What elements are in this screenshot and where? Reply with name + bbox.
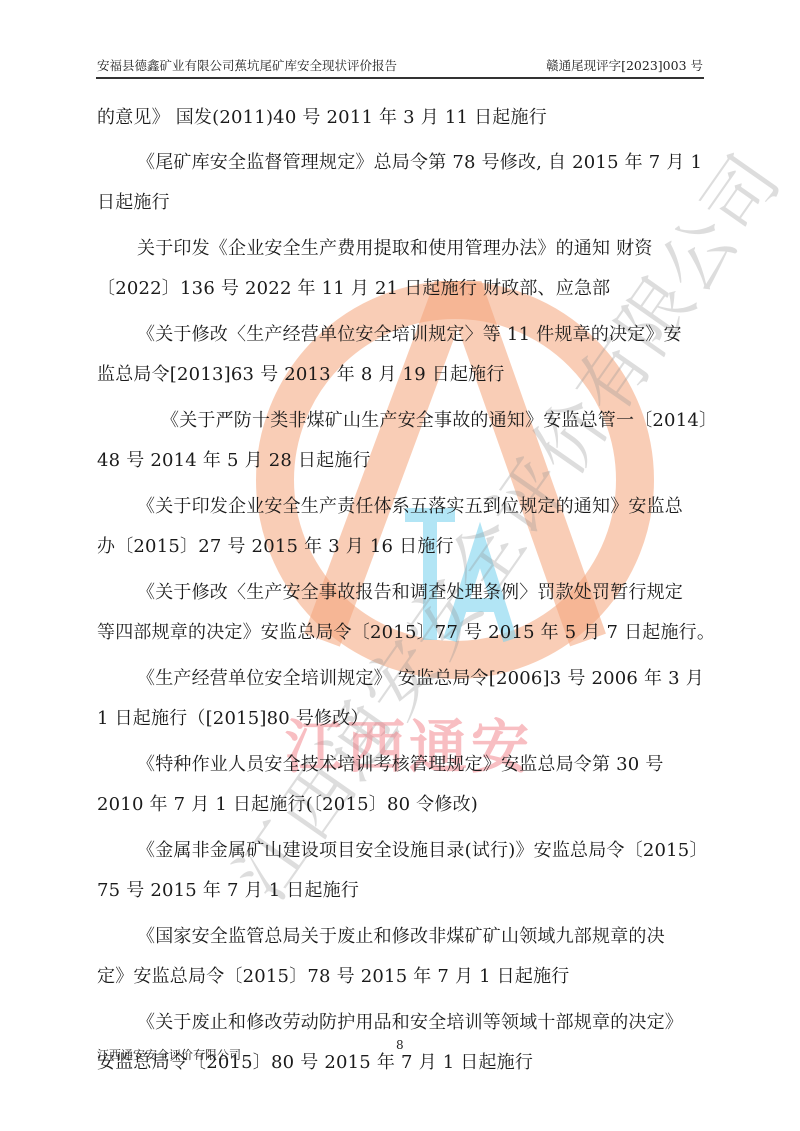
body-line: 监总局令[2013]63 号 2013 年 8 月 19 日起施行 bbox=[97, 363, 505, 387]
body-line: 〔2022〕136 号 2022 年 11 月 21 日起施行 财政部、应急部 bbox=[97, 277, 610, 301]
body-line: 《金属非金属矿山建设项目安全设施目录(试行)》安监总局令〔2015〕 bbox=[137, 839, 708, 863]
body-line: 75 号 2015 年 7 月 1 日起施行 bbox=[97, 879, 359, 903]
body-line: 《关于废止和修改劳动防护用品和安全培训等领域十部规章的决定》 bbox=[137, 1011, 683, 1035]
body-line: 《关于修改〈生产经营单位安全培训规定〉等 11 件规章的决定》安 bbox=[137, 323, 682, 347]
footer-company-name: 江西通安安全评价有限公司 bbox=[97, 1046, 241, 1063]
body-line: 关于印发《企业安全生产费用提取和使用管理办法》的通知 财资 bbox=[137, 237, 653, 261]
body-line: 《生产经营单位安全培训规定》 安监总局令[2006]3 号 2006 年 3 月 bbox=[137, 667, 704, 691]
body-line: 《国家安全监管总局关于废止和修改非煤矿矿山领域九部规章的决 bbox=[137, 925, 665, 949]
document-page: 江西通安安全评价有限公司 江西通安 安福县德鑫矿业有限公司蕉坑尾矿库安全现状评价… bbox=[0, 0, 800, 1131]
body-line: 定》安监总局令〔2015〕78 号 2015 年 7 月 1 日起施行 bbox=[97, 965, 569, 989]
body-line: 等四部规章的决定》安监总局令〔2015〕77 号 2015 年 5 月 7 日起… bbox=[97, 621, 715, 645]
body-line: 办〔2015〕27 号 2015 年 3 月 16 日施行 bbox=[97, 535, 454, 559]
body-line: 2010 年 7 月 1 日起施行(〔2015〕80 令修改) bbox=[97, 793, 478, 817]
body-line: 48 号 2014 年 5 月 28 日起施行 bbox=[97, 449, 371, 473]
body-line: 《关于严防十类非煤矿山生产安全事故的通知》安监总管一〔2014〕 bbox=[161, 409, 717, 433]
body-line: 日起施行 bbox=[97, 191, 170, 215]
body-line: 《特种作业人员安全技术培训考核管理规定》安监总局令第 30 号 bbox=[137, 753, 664, 777]
body-line: 《关于印发企业安全生产责任体系五落实五到位规定的通知》安监总 bbox=[137, 495, 683, 519]
document-number: 赣通尾现评字[2023]003 号 bbox=[546, 56, 703, 74]
page-number: 8 bbox=[396, 1038, 404, 1052]
page-header: 安福县德鑫矿业有限公司蕉坑尾矿库安全现状评价报告 赣通尾现评字[2023]003… bbox=[97, 56, 703, 76]
body-line: 的意见》 国发(2011)40 号 2011 年 3 月 11 日起施行 bbox=[97, 106, 547, 130]
report-title: 安福县德鑫矿业有限公司蕉坑尾矿库安全现状评价报告 bbox=[97, 56, 397, 74]
body-line: 《关于修改〈生产安全事故报告和调查处理条例〉罚款处罚暂行规定 bbox=[137, 581, 683, 605]
body-line: 1 日起施行（[2015]80 号修改） bbox=[97, 707, 369, 731]
body-line: 《尾矿库安全监督管理规定》总局令第 78 号修改, 自 2015 年 7 月 1 bbox=[137, 151, 702, 175]
header-divider bbox=[96, 77, 704, 79]
